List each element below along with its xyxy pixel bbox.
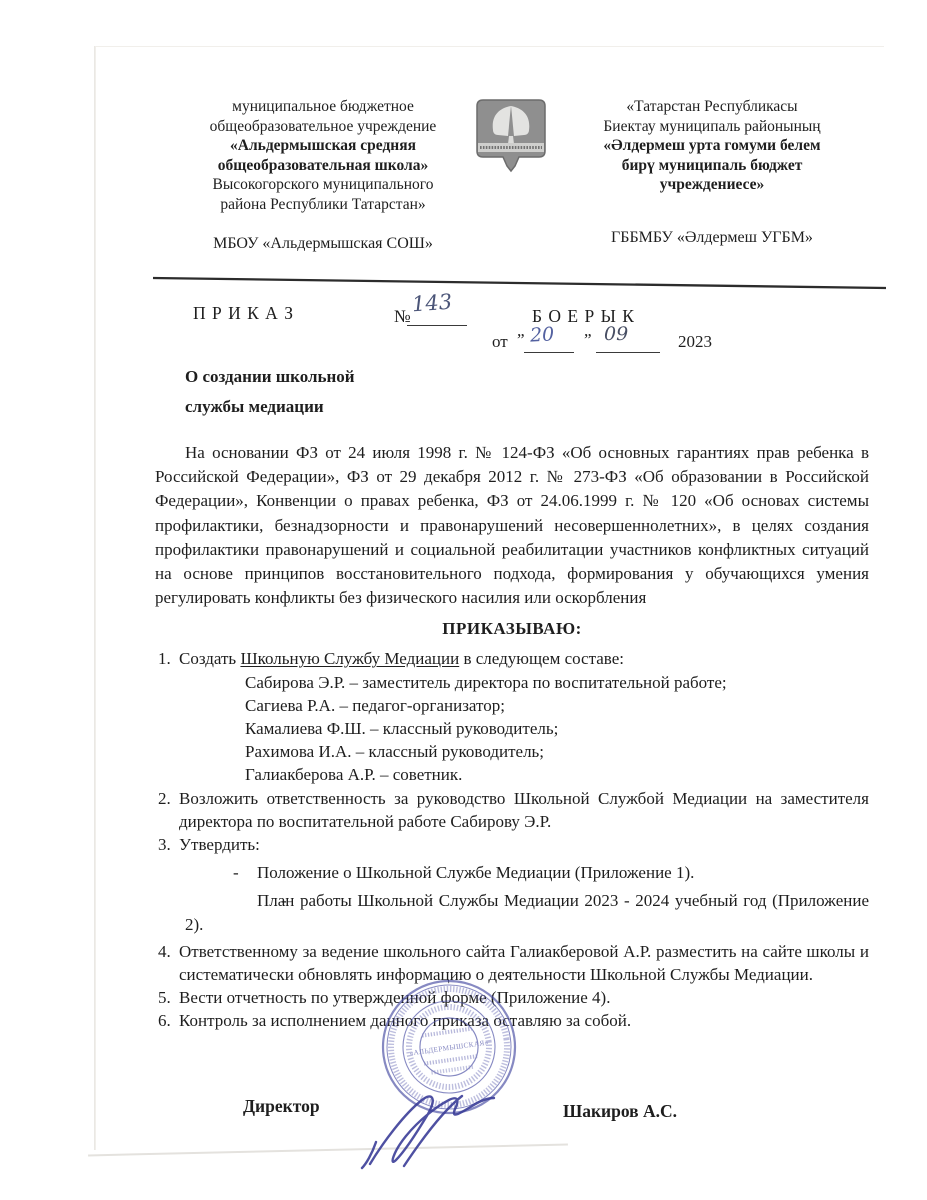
org-line: района Республики Татарстан» <box>179 195 467 215</box>
item-number: 6. <box>158 1009 171 1032</box>
org-short-name-ru: МБОУ «Альдермышская СОШ» <box>179 234 467 254</box>
org-line: муниципальное бюджетное <box>179 97 467 117</box>
org-line: учреждениесе» <box>555 175 869 195</box>
date-quote-close: ” <box>584 330 592 350</box>
org-line: «Татарстан Республикасы <box>555 97 869 117</box>
item-number: 4. <box>158 940 171 963</box>
dash-marker: - <box>233 889 235 912</box>
preamble-paragraph: На основании ФЗ от 24 июля 1998 г. № 124… <box>155 441 869 610</box>
dash-marker: - <box>233 861 257 884</box>
order-item-4: 4.Ответственному за ведение школьного са… <box>155 940 869 986</box>
order-item-3: 3.Утвердить: <box>155 833 869 856</box>
scan-page-edge-top <box>94 46 884 47</box>
order-title-ru: П Р И К А З <box>193 303 294 324</box>
org-line: общеобразовательная школа» <box>179 156 467 176</box>
date-day-underline <box>524 351 574 353</box>
member-line: Сабирова Э.Р. – заместитель директора по… <box>245 671 869 694</box>
letterhead-emblem <box>467 97 555 254</box>
date-day-handwritten: 20 <box>529 323 554 346</box>
item-text: Контроль за исполнением данного приказа … <box>179 1011 631 1030</box>
date-from-label: от <box>492 332 508 352</box>
order-body: На основании ФЗ от 24 июля 1998 г. № 124… <box>155 441 869 1033</box>
order-item-1: 1.Создать Школьную Службу Медиации в сле… <box>155 647 869 786</box>
member-line: Сагиева Р.А. – педагог-организатор; <box>245 694 869 717</box>
date-month-underline <box>596 351 660 353</box>
member-line: Рахимова И.А. – классный руководитель; <box>245 740 869 763</box>
item-text: Ответственному за ведение школьного сайт… <box>179 942 869 984</box>
order-item-2: 2.Возложить ответственность за руководст… <box>155 787 869 833</box>
scan-page-edge-left <box>94 46 96 1150</box>
item-text: Вести отчетность по утвержденной форме (… <box>179 988 610 1007</box>
sub-item-text: План работы Школьной Службы Медиации 202… <box>185 891 869 933</box>
order-item-6: 6.Контроль за исполнением данного приказ… <box>155 1009 869 1032</box>
org-line: Высокогорского муниципального <box>179 175 467 195</box>
order-item-3-sub-2: -План работы Школьной Службы Медиации 20… <box>185 889 869 935</box>
item-number: 2. <box>158 787 171 810</box>
letterhead-russian-block: муниципальное бюджетное общеобразователь… <box>179 97 467 254</box>
org-line: Биектау муниципаль районының <box>555 117 869 137</box>
order-number-underline <box>407 324 467 326</box>
mediation-members-list: Сабирова Э.Р. – заместитель директора по… <box>179 671 869 787</box>
org-line: бирү муниципаль бюджет <box>555 156 869 176</box>
sub-item-text: Положение о Школьной Службе Медиации (Пр… <box>257 863 694 882</box>
signer-name: Шакиров А.С. <box>563 1101 677 1122</box>
date-quote-open: ” <box>517 330 525 350</box>
subject-line: О создании школьной <box>185 362 355 392</box>
org-line: «Альдермышская средняя <box>179 136 467 156</box>
org-line: «Әлдермеш урта гомуми белем <box>555 136 869 156</box>
letterhead: муниципальное бюджетное общеобразователь… <box>155 97 869 254</box>
stamp-center-text: «АЛЬДЕРМЫШСКАЯ» <box>409 1038 489 1057</box>
signature-block: Директор Шакиров А.С. <box>155 1094 869 1126</box>
date-month-handwritten: 09 <box>604 323 628 345</box>
item-text: Утвердить: <box>179 835 260 854</box>
org-line: общеобразовательное учреждение <box>179 117 467 137</box>
letterhead-tatar-block: «Татарстан Республикасы Биектау муниципа… <box>555 97 869 254</box>
date-year: 2023 <box>678 332 712 352</box>
school-emblem-icon <box>474 97 548 183</box>
item-text: Создать <box>179 649 240 668</box>
item-text: Возложить ответственность за руководство… <box>179 789 869 831</box>
resolution-heading: ПРИКАЗЫВАЮ: <box>155 617 869 641</box>
order-number-handwritten: 143 <box>411 290 453 317</box>
scan-page-edge-bottom <box>88 1144 568 1157</box>
item-text-underlined: Школьную Службу Медиации <box>240 649 459 668</box>
document-page: муниципальное бюджетное общеобразователь… <box>0 0 927 1200</box>
signer-title: Директор <box>243 1096 320 1117</box>
order-item-5: 5.Вести отчетность по утвержденной форме… <box>155 986 869 1009</box>
item-number: 3. <box>158 833 171 856</box>
member-line: Галиакберова А.Р. – советник. <box>245 763 869 786</box>
member-line: Камалиева Ф.Ш. – классный руководитель; <box>245 717 869 740</box>
org-short-name-tat: ГББМБУ «Әлдермеш УГБМ» <box>555 228 869 248</box>
item-text: в следующем составе: <box>459 649 624 668</box>
subject-line: службы медиации <box>185 392 355 422</box>
item-number: 5. <box>158 986 171 1009</box>
order-subject: О создании школьной службы медиации <box>185 362 355 422</box>
item-number: 1. <box>158 647 171 670</box>
order-item-3-sub-1: -Положение о Школьной Службе Медиации (П… <box>233 861 869 884</box>
